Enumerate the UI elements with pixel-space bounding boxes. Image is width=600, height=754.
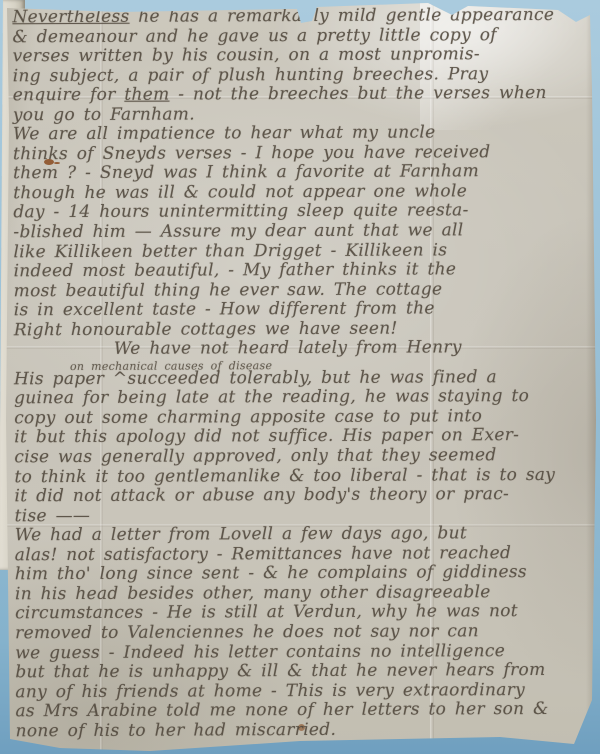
letter-line: them ? - Sneyd was I think a favorite at… xyxy=(13,162,593,184)
letter-line: indeed most beautiful, - My father think… xyxy=(14,260,594,282)
letter-line: it did not attack or abuse any body's th… xyxy=(14,485,594,507)
letter-line: Nevertheless he has a remarkably mild ge… xyxy=(12,6,592,28)
letter-page: Nevertheless he has a remarkably mild ge… xyxy=(0,0,600,754)
letter-line: is in excellent taste - How different fr… xyxy=(14,299,594,321)
letter-lines: Nevertheless he has a remarkably mild ge… xyxy=(12,6,595,742)
letter-line: enquire for them - not the breeches but … xyxy=(13,84,593,106)
letter-line: circumstances - He is still at Verdun, w… xyxy=(15,602,595,624)
letter-line: thinks of Sneyds verses - I hope you hav… xyxy=(13,143,593,165)
letter-line: though he was ill & could not appear one… xyxy=(13,182,593,204)
letter-line: none of his to her had miscarried. xyxy=(16,719,596,741)
letter-line: as Mrs Arabine told me none of her lette… xyxy=(15,700,595,722)
letter-line: guinea for being late at the reading, he… xyxy=(14,387,594,409)
letter-line: verses written by his cousin, on a most … xyxy=(13,45,593,67)
letter-line: We have not heard lately from Henry xyxy=(114,338,594,360)
letter-line: Right honourable cottages we have seen! xyxy=(14,318,594,340)
letter-line: & demeanour and he gave us a pretty litt… xyxy=(12,25,592,47)
letter-line: -blished him — Assure my dear aunt that … xyxy=(13,221,593,243)
photo-background: Nevertheless he has a remarkably mild ge… xyxy=(0,0,600,754)
letter-line: removed to Valenciennes he does not say … xyxy=(15,622,595,644)
letter-line: tise —— xyxy=(15,504,595,526)
letter-line: most beautiful thing he ever saw. The co… xyxy=(14,279,594,301)
letter-line: it but this apology did not suffice. His… xyxy=(14,426,594,448)
letter-line: you go to Farnham. xyxy=(13,103,593,125)
letter-line: him tho' long since sent - & he complain… xyxy=(15,563,595,585)
letter-line: We are all impatience to hear what my un… xyxy=(13,123,593,145)
letter-line: day - 14 hours unintermitting sleep quit… xyxy=(13,201,593,223)
letter-line: like Killikeen better than Drigget - Kil… xyxy=(13,240,593,262)
